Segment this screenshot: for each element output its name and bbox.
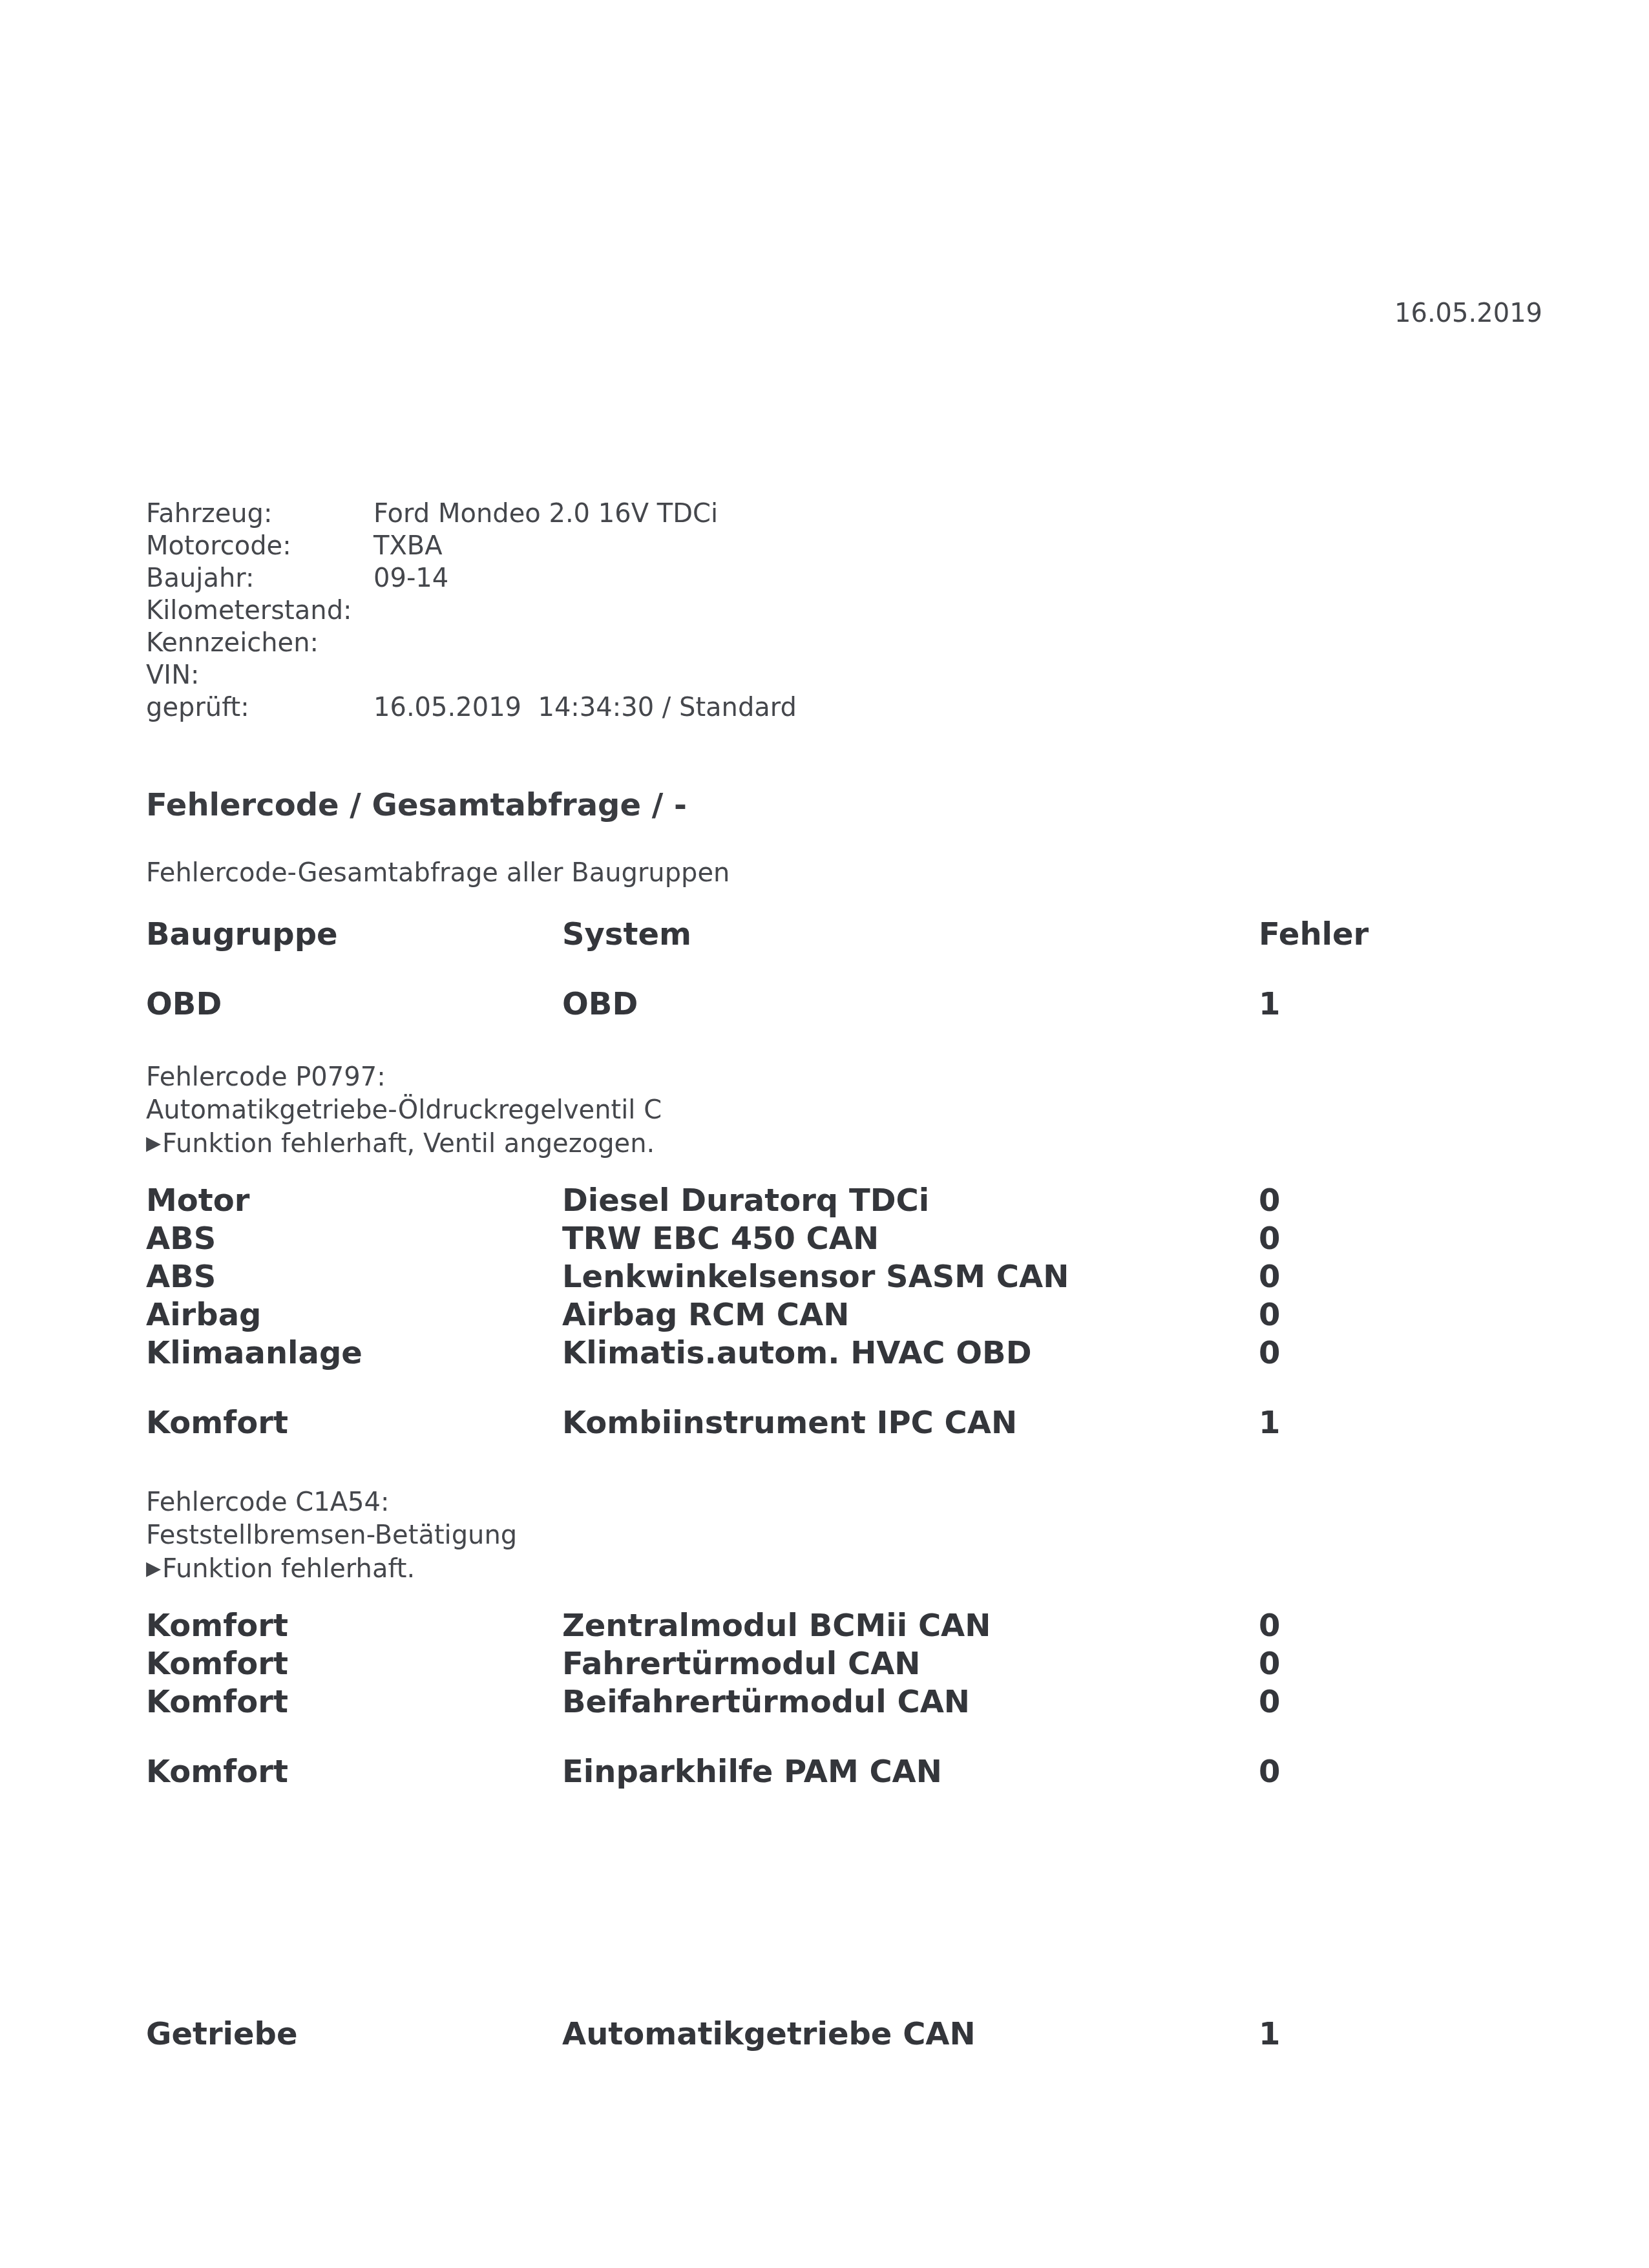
checked-value: 16.05.2019 14:34:30 / Standard [373, 691, 797, 724]
row-errors: 0 [1259, 1259, 1280, 1295]
vehicle-info-row: geprüft: 16.05.2019 14:34:30 / Standard [146, 691, 797, 724]
fault-code: Fehlercode C1A54: [146, 1486, 517, 1519]
table-row: ABS TRW EBC 450 CAN 0 [146, 1221, 1503, 1259]
header-group: Baugruppe [146, 916, 338, 952]
row-errors: 0 [1259, 1754, 1280, 1790]
row-group: Getriebe [146, 2016, 298, 2052]
row-system: Beifahrertürmodul CAN [562, 1684, 970, 1720]
table-row: Airbag Airbag RCM CAN 0 [146, 1297, 1503, 1336]
table-row: ABS Lenkwinkelsensor SASM CAN 0 [146, 1259, 1503, 1297]
fault-description: Feststellbremsen-Betätigung [146, 1519, 517, 1552]
table-row: Komfort Kombiinstrument IPC CAN 1 [146, 1405, 1503, 1444]
row-system: Einparkhilfe PAM CAN [562, 1754, 942, 1790]
row-errors: 1 [1259, 1405, 1280, 1441]
row-system: Airbag RCM CAN [562, 1297, 849, 1333]
row-group: Komfort [146, 1646, 288, 1682]
row-system: OBD [562, 986, 638, 1022]
engine-code-value: TXBA [373, 530, 443, 562]
header-system: System [562, 916, 691, 952]
license-plate-label: Kennzeichen: [146, 627, 373, 659]
row-system: Fahrertürmodul CAN [562, 1646, 920, 1682]
fault-description: Automatikgetriebe-Öldruckregelventil C [146, 1094, 662, 1127]
table-row: Komfort Einparkhilfe PAM CAN 0 [146, 1754, 1503, 1792]
triangle-right-icon: ▶ [146, 1557, 161, 1580]
build-year-value: 09-14 [373, 562, 448, 594]
row-errors: 0 [1259, 1297, 1280, 1333]
row-group: Airbag [146, 1297, 261, 1333]
table-row: Klimaanlage Klimatis.autom. HVAC OBD 0 [146, 1335, 1503, 1374]
row-errors: 0 [1259, 1646, 1280, 1682]
row-errors: 1 [1259, 2016, 1280, 2052]
row-group: ABS [146, 1259, 216, 1295]
triangle-right-icon: ▶ [146, 1132, 161, 1155]
row-group: OBD [146, 986, 222, 1022]
vehicle-info-row: Baujahr: 09-14 [146, 562, 797, 594]
fault-code: Fehlercode P0797: [146, 1061, 662, 1094]
vehicle-info-row: Fahrzeug: Ford Mondeo 2.0 16V TDCi [146, 498, 797, 530]
table-row: Komfort Fahrertürmodul CAN 0 [146, 1646, 1503, 1685]
vehicle-info: Fahrzeug: Ford Mondeo 2.0 16V TDCi Motor… [146, 498, 797, 724]
engine-code-label: Motorcode: [146, 530, 373, 562]
header-errors: Fehler [1259, 916, 1369, 952]
section-title: Fehlercode / Gesamtabfrage / - [146, 787, 687, 823]
row-errors: 0 [1259, 1335, 1280, 1371]
row-system: Lenkwinkelsensor SASM CAN [562, 1259, 1069, 1295]
fault-detail-line: ▶Funktion fehlerhaft, Ventil angezogen. [146, 1127, 662, 1160]
table-row: Komfort Beifahrertürmodul CAN 0 [146, 1684, 1503, 1723]
row-system: Klimatis.autom. HVAC OBD [562, 1335, 1032, 1371]
fault-detail: Funktion fehlerhaft, Ventil angezogen. [162, 1129, 655, 1159]
table-row: Motor Diesel Duratorq TDCi 0 [146, 1182, 1503, 1221]
vehicle-value: Ford Mondeo 2.0 16V TDCi [373, 498, 718, 530]
vehicle-info-row: Motorcode: TXBA [146, 530, 797, 562]
vehicle-info-row: VIN: [146, 659, 797, 691]
row-group: ABS [146, 1221, 216, 1257]
section-subtitle: Fehlercode-Gesamtabfrage aller Baugruppe… [146, 858, 730, 888]
row-group: Komfort [146, 1684, 288, 1720]
row-errors: 0 [1259, 1608, 1280, 1644]
row-system: Automatikgetriebe CAN [562, 2016, 976, 2052]
table-header: Baugruppe System Fehler [146, 916, 1503, 955]
table-row: Komfort Zentralmodul BCMii CAN 0 [146, 1608, 1503, 1646]
row-system: Diesel Duratorq TDCi [562, 1182, 929, 1219]
row-errors: 0 [1259, 1684, 1280, 1720]
vehicle-label: Fahrzeug: [146, 498, 373, 530]
vin-label: VIN: [146, 659, 373, 691]
row-errors: 0 [1259, 1182, 1280, 1219]
table-row: OBD OBD 1 [146, 986, 1503, 1025]
fault-block: Fehlercode P0797: Automatikgetriebe-Öldr… [146, 1061, 662, 1160]
vehicle-info-row: Kennzeichen: [146, 627, 797, 659]
row-group: Komfort [146, 1754, 288, 1790]
row-system: TRW EBC 450 CAN [562, 1221, 879, 1257]
row-errors: 0 [1259, 1221, 1280, 1257]
fault-detail-line: ▶Funktion fehlerhaft. [146, 1552, 517, 1585]
vehicle-info-row: Kilometerstand: [146, 594, 797, 627]
row-group: Komfort [146, 1405, 288, 1441]
fault-detail: Funktion fehlerhaft. [162, 1554, 415, 1584]
row-group: Motor [146, 1182, 249, 1219]
row-errors: 1 [1259, 986, 1280, 1022]
build-year-label: Baujahr: [146, 562, 373, 594]
row-system: Kombiinstrument IPC CAN [562, 1405, 1017, 1441]
row-group: Komfort [146, 1608, 288, 1644]
mileage-label: Kilometerstand: [146, 594, 373, 627]
print-date: 16.05.2019 [1394, 299, 1542, 328]
table-row: Getriebe Automatikgetriebe CAN 1 [146, 2016, 1503, 2055]
row-group: Klimaanlage [146, 1335, 362, 1371]
checked-label: geprüft: [146, 691, 373, 724]
row-system: Zentralmodul BCMii CAN [562, 1608, 991, 1644]
fault-block: Fehlercode C1A54: Feststellbremsen-Betät… [146, 1486, 517, 1585]
